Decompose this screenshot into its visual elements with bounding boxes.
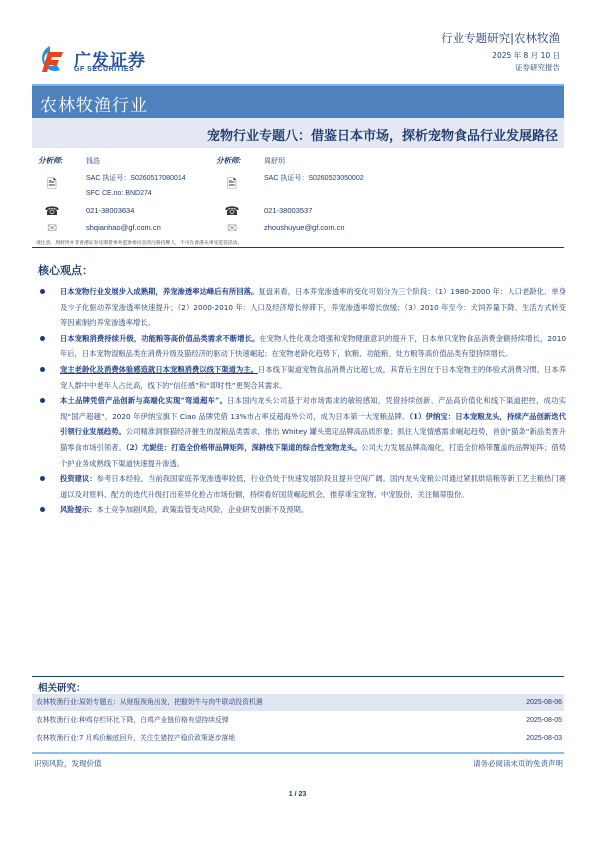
analyst-label: 分析师: bbox=[38, 155, 63, 166]
subtitle-band: 宠物行业专题八：借鉴日本市场，探析宠物食品行业发展路径 bbox=[32, 118, 564, 148]
certificate-icon: 🖹 bbox=[44, 178, 60, 190]
core-view-item: 投资建议：参考日本经验，当前我国家庭养宠渗透率较低，行业仍处于快速发展阶段且提升… bbox=[38, 471, 566, 502]
footer-divider bbox=[32, 752, 564, 754]
certificate-icon: 🖹 bbox=[224, 178, 240, 190]
related-research-link[interactable]: 农林牧渔行业:原奶专题五：从财报视角出发，把握奶牛与肉牛联动投资机遇 bbox=[36, 694, 263, 711]
core-view-headline: 风险提示： bbox=[60, 505, 96, 514]
core-view-headline: 日本宠物行业发展步入成熟期，养宠渗透率达峰后有所回落。 bbox=[60, 287, 258, 296]
core-view-item: 风险提示：本土竞争加剧风险，政策监管变动风险，企业研发创新不及预期。 bbox=[38, 502, 566, 518]
related-research-row[interactable]: 农林牧渔行业:原奶专题五：从财报视角出发，把握奶牛与肉牛联动投资机遇 2025-… bbox=[32, 694, 564, 712]
report-category: 行业专题研究|农林牧渔 bbox=[441, 30, 560, 46]
bullet-icon bbox=[40, 289, 45, 294]
related-research-link[interactable]: 农林牧渔行业:种鸡存栏环比下降，白鸡产业链价格有望持续反弹 bbox=[36, 712, 229, 729]
analyst-email[interactable]: shqianhao@gf.com.cn bbox=[86, 223, 161, 232]
core-view-headline: 日本宠粮消费持续升级，功能粮等高价值品类需求不断增长。 bbox=[60, 334, 259, 343]
related-research-list: 农林牧渔行业:原奶专题五：从财报视角出发，把握奶牛与肉牛联动投资机遇 2025-… bbox=[32, 694, 564, 748]
core-views-title: 核心观点： bbox=[38, 262, 93, 278]
core-view-item: 宠主老龄化及消费体验感造就日本宠粮消费以线下渠道为主。日本线下渠道宠物食品消费占… bbox=[38, 362, 566, 393]
related-research-date: 2025-08-03 bbox=[526, 730, 562, 747]
bullet-icon bbox=[40, 507, 45, 512]
phone-icon: ☎ bbox=[44, 205, 60, 217]
gf-logo-mark-icon bbox=[36, 44, 64, 74]
analyst-phone: 021-38003537 bbox=[264, 206, 312, 215]
core-views-list: 日本宠物行业发展步入成熟期，养宠渗透率达峰后有所回落。复盘来看，日本养宠渗透率的… bbox=[38, 284, 566, 518]
footer-disclaimer: 请务必阅读末页的免责声明 bbox=[473, 758, 563, 769]
core-view-item: 日本宠粮消费持续升级，功能粮等高价值品类需求不断增长。在宠物人性化观念增强和宠物… bbox=[38, 331, 566, 362]
report-date: 2025 年 8 月 10 日 bbox=[441, 50, 560, 62]
analyst-sac: SAC 执证号：S0260517080014 bbox=[86, 173, 186, 183]
analyst-phone: 021-38003634 bbox=[86, 206, 134, 215]
logo-english-name: GF SECURITIES bbox=[74, 66, 134, 73]
analyst-sac: SAC 执证号：S0260523050002 bbox=[264, 173, 364, 183]
analyst-name: 周舒玥 bbox=[264, 156, 285, 166]
core-view-subheadline: （2）尤妮佳：打造全价格带品牌矩阵，深耕线下渠道的综合性宠物龙头。 bbox=[126, 443, 361, 452]
core-view-item: 日本宠物行业发展步入成熟期，养宠渗透率达峰后有所回落。复盘来看，日本养宠渗透率的… bbox=[38, 284, 566, 331]
report-title: 宠物行业专题八：借鉴日本市场，探析宠物食品行业发展路径 bbox=[207, 125, 558, 144]
analyst-label: 分析师: bbox=[216, 155, 241, 166]
related-research-date: 2025-08-06 bbox=[526, 694, 562, 711]
regulatory-note: 请注意，周舒玥并非香港证券及期货事务监察委员会的注册持牌人，不可在香港从事受监管… bbox=[36, 239, 242, 246]
section-divider bbox=[32, 247, 564, 248]
report-header-info: 行业专题研究|农林牧渔 2025 年 8 月 10 日 证券研究报告 bbox=[441, 30, 560, 74]
phone-icon: ☎ bbox=[224, 205, 240, 217]
bullet-icon bbox=[40, 336, 45, 341]
email-icon: ✉ bbox=[44, 222, 60, 234]
core-view-body: 本土竞争加剧风险，政策监管变动风险，企业研发创新不及预期。 bbox=[96, 505, 308, 514]
bullet-icon bbox=[40, 398, 45, 403]
analyst-email[interactable]: zhoushuyue@gf.com.cn bbox=[264, 223, 345, 232]
industry-title: 农林牧渔行业 bbox=[40, 91, 148, 116]
related-research-row[interactable]: 农林牧渔行业:种鸡存栏环比下降，白鸡产业链价格有望持续反弹 2025-08-05 bbox=[32, 712, 564, 730]
related-research-row[interactable]: 农林牧渔行业:7 月鸡价触底回升，关注生猪控产稳价政策逐步落地 2025-08-… bbox=[32, 730, 564, 748]
core-view-headline: 本土品牌凭借产品创新与高端化实现“弯道超车”。 bbox=[60, 396, 227, 405]
industry-band: 农林牧渔行业 bbox=[32, 86, 564, 118]
gf-securities-logo: 广发证券 GF SECURITIES bbox=[36, 44, 156, 80]
related-research-link[interactable]: 农林牧渔行业:7 月鸡价触底回升，关注生猪控产稳价政策逐步落地 bbox=[36, 730, 235, 747]
core-view-headline: 投资建议： bbox=[60, 474, 97, 483]
core-view-body: 参考日本经验，当前我国家庭养宠渗透率较低，行业仍处于快速发展阶段且提升空间广阔。… bbox=[60, 474, 566, 499]
footer-slogan: 识别风险，发现价值 bbox=[34, 758, 102, 769]
bullet-icon bbox=[40, 367, 45, 372]
core-view-headline: 宠主老龄化及消费体验感造就日本宠粮消费以线下渠道为主。 bbox=[60, 365, 258, 374]
related-research-date: 2025-08-05 bbox=[526, 712, 562, 729]
core-view-item: 本土品牌凭借产品创新与高端化实现“弯道超车”。日本国内龙头公司基于对市场需求的敏… bbox=[38, 393, 566, 471]
analyst-sfc: SFC CE.no: BND274 bbox=[86, 190, 152, 197]
email-icon: ✉ bbox=[224, 222, 240, 234]
section-divider bbox=[32, 676, 564, 677]
analyst-name: 钱浩 bbox=[86, 156, 100, 166]
related-research-title: 相关研究： bbox=[38, 680, 86, 694]
report-type: 证券研究报告 bbox=[441, 62, 560, 74]
page-number: 1 / 23 bbox=[0, 791, 595, 798]
bullet-icon bbox=[40, 476, 45, 481]
